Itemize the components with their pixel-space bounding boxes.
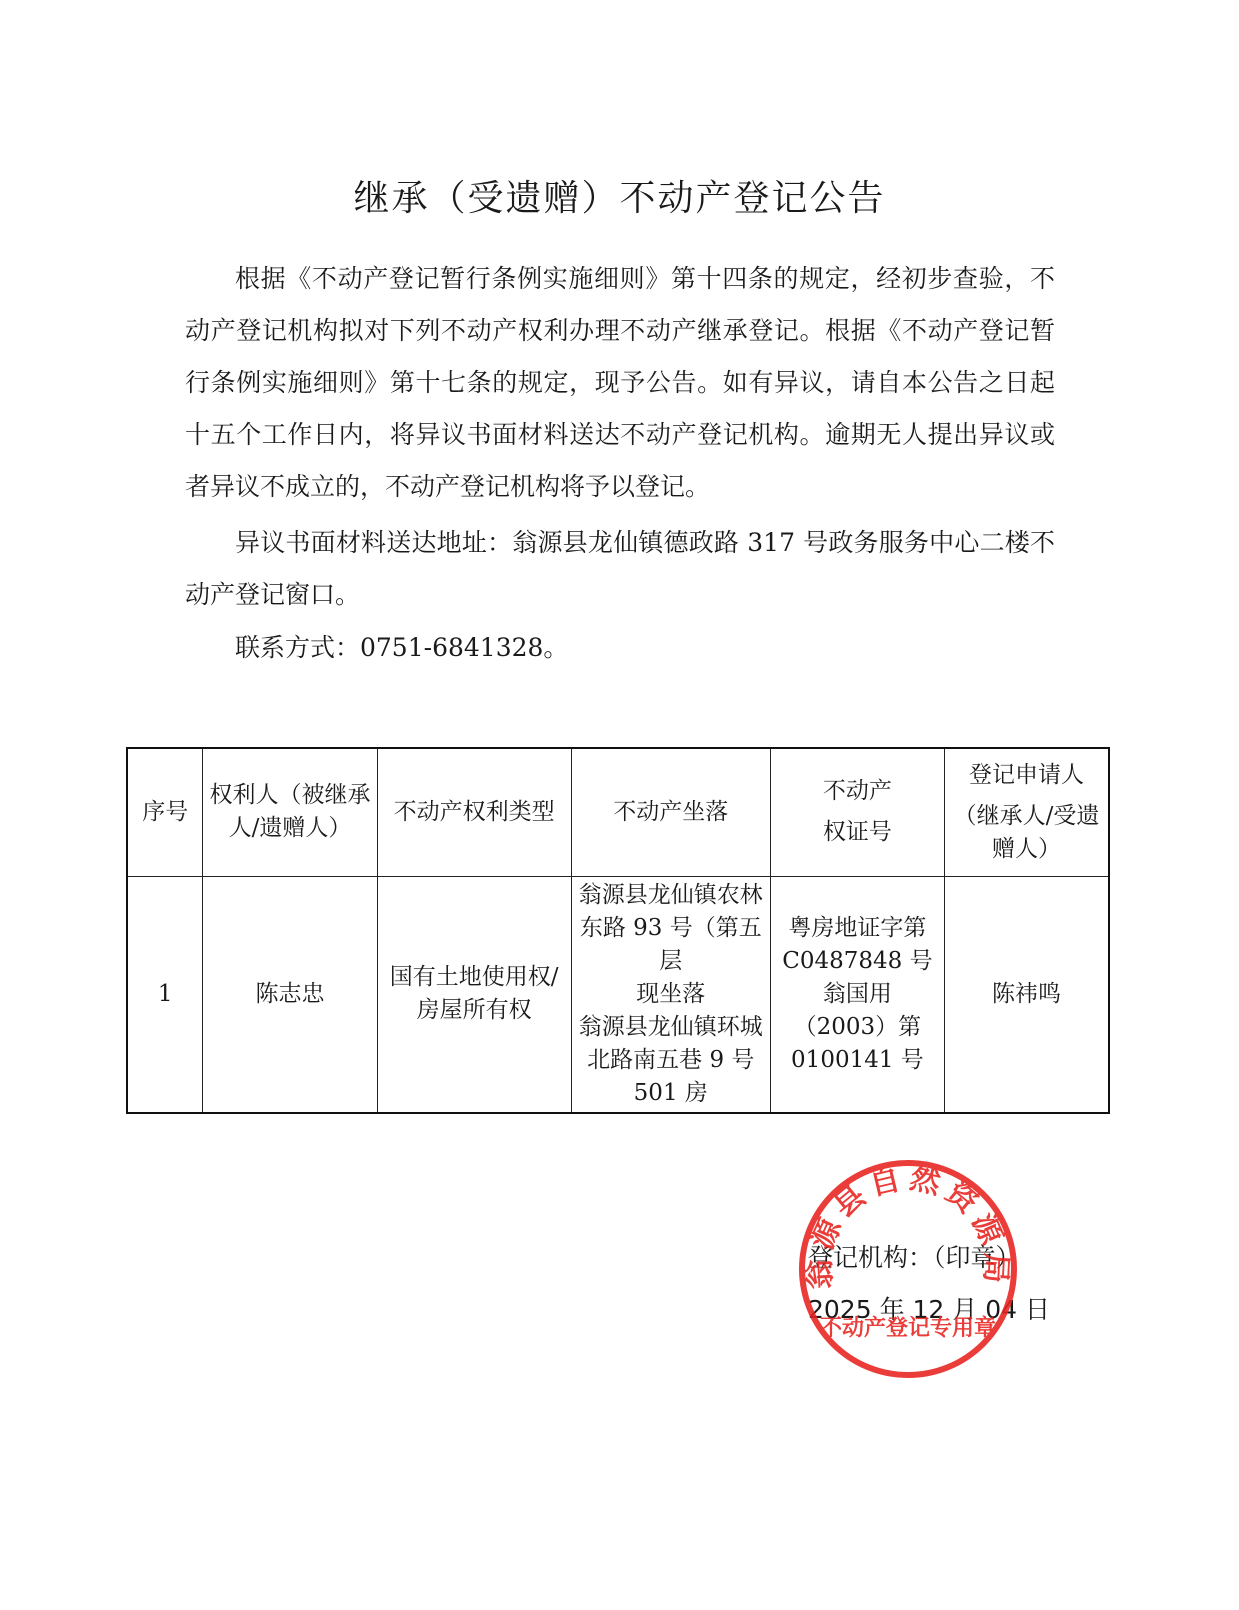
- table-header-row: 序号 权利人（被继承人/遗赠人） 不动产权利类型 不动产坐落 不动产 权证号 登…: [127, 748, 1109, 876]
- contact-paragraph: 联系方式：0751-6841328。: [185, 622, 1055, 674]
- cell-location-current-label: 现坐落: [578, 978, 764, 1011]
- document-title: 继承（受遗赠）不动产登记公告: [0, 170, 1239, 221]
- header-certificate-line2: 权证号: [777, 816, 938, 849]
- objection-address-paragraph: 异议书面材料送达地址：翁源县龙仙镇德政路 317 号政务服务中心二楼不动产登记窗…: [185, 517, 1055, 621]
- cell-location: 翁源县龙仙镇农林东路 93 号（第五层 现坐落 翁源县龙仙镇环城北路南五巷 9 …: [571, 876, 770, 1113]
- registration-table: 序号 权利人（被继承人/遗赠人） 不动产权利类型 不动产坐落 不动产 权证号 登…: [126, 747, 1110, 1114]
- cell-certificate-house: 粤房地证字第 C0487848 号: [777, 912, 938, 978]
- table-row: 1 陈志忠 国有土地使用权/房屋所有权 翁源县龙仙镇农林东路 93 号（第五层 …: [127, 876, 1109, 1113]
- header-applicant: 登记申请人 （继承人/受遗赠人）: [944, 748, 1109, 876]
- header-applicant-line2: （继承人/受遗赠人）: [951, 800, 1102, 866]
- cell-certificate: 粤房地证字第 C0487848 号 翁国用（2003）第 0100141 号: [770, 876, 944, 1113]
- header-certificate-line1: 不动产: [777, 775, 938, 808]
- cell-certificate-land: 翁国用（2003）第 0100141 号: [777, 978, 938, 1077]
- cell-seq: 1: [127, 876, 203, 1113]
- header-right-type: 不动产权利类型: [377, 748, 571, 876]
- cell-location-current: 翁源县龙仙镇环城北路南五巷 9 号 501 房: [578, 1011, 764, 1110]
- notice-paragraph-1: 根据《不动产登记暂行条例实施细则》第十四条的规定，经初步查验，不动产登记机构拟对…: [185, 253, 1055, 513]
- contact-text: 联系方式：0751-6841328。: [185, 622, 1055, 674]
- header-applicant-line1: 登记申请人: [951, 759, 1102, 792]
- cell-location-original: 翁源县龙仙镇农林东路 93 号（第五层: [578, 879, 764, 978]
- cell-applicant: 陈祎鸣: [944, 876, 1109, 1113]
- objection-address-text: 异议书面材料送达地址：翁源县龙仙镇德政路 317 号政务服务中心二楼不动产登记窗…: [185, 517, 1055, 621]
- notice-paragraph-text: 根据《不动产登记暂行条例实施细则》第十四条的规定，经初步查验，不动产登记机构拟对…: [185, 253, 1055, 513]
- header-certificate: 不动产 权证号: [770, 748, 944, 876]
- header-seq: 序号: [127, 748, 203, 876]
- header-owner: 权利人（被继承人/遗赠人）: [203, 748, 377, 876]
- notice-date: 2025 年 12 月 04 日: [808, 1290, 1050, 1326]
- registration-agency-label: 登记机构：（印章）: [808, 1238, 1021, 1274]
- header-location: 不动产坐落: [571, 748, 770, 876]
- cell-owner: 陈志忠: [203, 876, 377, 1113]
- cell-right-type: 国有土地使用权/房屋所有权: [377, 876, 571, 1113]
